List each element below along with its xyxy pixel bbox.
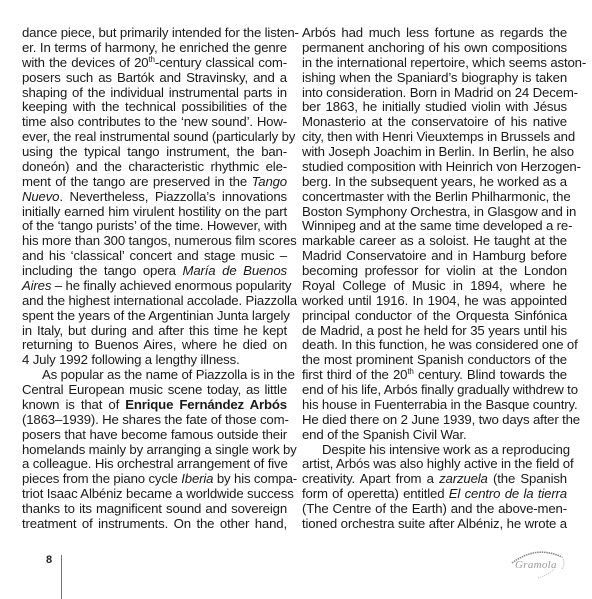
italic-text: El centro de la tierra: [449, 486, 567, 501]
text-line: (1863–1939). He shares the fate of those…: [22, 413, 287, 428]
text-line: his more than 300 tangos, numerous film …: [22, 234, 287, 249]
text-line: including the tango opera María de Bueno…: [22, 264, 287, 279]
text-line: thanks to its magnificent sound and sove…: [22, 502, 287, 517]
text-line: posers such as Bartók and Stravinsky, an…: [22, 71, 287, 86]
text-line: returning to Buenos Aires, where he died…: [22, 338, 287, 353]
text-line: first third of the 20th century. Blind t…: [302, 368, 567, 383]
text-line: with the devices of 20th-century classic…: [22, 56, 287, 71]
text-segment: and his ‘classical’ concert and stage mu…: [22, 248, 287, 263]
text-line: treatment of instruments. On the other h…: [22, 517, 287, 532]
text-line: Aires – he finally achieved enormous pop…: [22, 279, 287, 294]
text-segment: a colleague. His orchestral arrangement …: [22, 456, 288, 471]
text-segment: (1863–1939). He shares the fate of those…: [22, 412, 289, 427]
text-line: ever, the real instrumental sound (parti…: [22, 130, 287, 145]
text-line: de Madrid, a post he held for 35 years u…: [302, 324, 567, 339]
text-segment: Royal College of Music in 1894, where he: [302, 278, 567, 293]
text-line: creativity. Apart from a zarzuela (the S…: [302, 472, 567, 487]
text-line: ber 1863, he initially studied violin wi…: [302, 100, 567, 115]
text-line: spent the years of the Argentinian Junta…: [22, 309, 287, 324]
text-segment: creativity. Apart from a: [302, 471, 439, 486]
text-line: triot Isaac Albéniz became a worldwide s…: [22, 487, 287, 502]
text-line: of the ‘tango purists’ of the time. Howe…: [22, 219, 287, 234]
bold-text: Enrique Fernández Arbós: [125, 397, 287, 412]
text-line: keeping with the technical possibilities…: [22, 100, 287, 115]
text-segment: in Italy, but during and after this time…: [22, 323, 287, 338]
text-segment: returning to Buenos Aires, where he died…: [22, 337, 287, 352]
text-segment: Winnipeg and at the same time developed …: [302, 218, 572, 233]
italic-text: Aires: [22, 278, 51, 293]
text-segment: posers that have become famous outside t…: [22, 427, 287, 442]
text-line: markable career as a soloist. He taught …: [302, 234, 567, 249]
text-line: his house in Fuenterrabia in the Basque …: [302, 398, 567, 413]
text-line: using the typical tango instrument, the …: [22, 145, 287, 160]
text-segment: berg. In the subsequent years, he worked…: [302, 174, 567, 189]
text-segment: with Joseph Joachim in Berlin. In Berlin…: [302, 144, 574, 159]
text-segment: form of operetta) entitled: [302, 486, 449, 501]
text-segment: treatment of instruments. On the other h…: [22, 516, 287, 531]
text-segment: becoming professor for violin at the Lon…: [302, 263, 567, 278]
text-line: in Italy, but during and after this time…: [22, 324, 287, 339]
text-segment: the most prominent Spanish conductors of…: [302, 352, 567, 367]
text-segment: end of his life, Arbós finally gradually…: [302, 382, 578, 397]
italic-text: Iberia: [181, 471, 213, 486]
text-segment: ever, the real instrumental sound (parti…: [22, 129, 295, 144]
text-line: Arbós had much less fortune as regards t…: [302, 26, 567, 41]
text-line: end of the Spanish Civil War.: [302, 428, 567, 443]
text-line: shaping of the individual instrumental p…: [22, 86, 287, 101]
text-segment: studied composition with Heinrich von He…: [302, 159, 581, 174]
text-line: tioned orchestra suite after Albéniz, he…: [302, 517, 567, 532]
text-segment: ber 1863, he initially studied violin wi…: [302, 99, 567, 114]
text-segment: dance piece, but primarily intended for …: [22, 25, 299, 40]
italic-text: María de Buenos: [183, 263, 288, 278]
text-segment: artist, Arbós was also highly active in …: [302, 456, 573, 471]
page-number: 8: [46, 554, 52, 566]
text-segment: markable career as a soloist. He taught …: [302, 233, 567, 248]
text-line: pieces from the piano cycle Iberia by hi…: [22, 472, 287, 487]
text-segment: ishing when the Spaniard’s biography is …: [302, 70, 567, 85]
text-line: and the highest international accolade. …: [22, 294, 287, 309]
text-line: posers that have become famous outside t…: [22, 428, 287, 443]
text-line: Winnipeg and at the same time developed …: [302, 219, 567, 234]
text-segment: into consideration. Born in Madrid on 24…: [302, 85, 578, 100]
text-line: city, then with Henri Vieuxtemps in Brus…: [302, 130, 567, 145]
text-segment: posers such as Bartók and Stravinsky, an…: [22, 70, 287, 85]
text-line: with Joseph Joachim in Berlin. In Berlin…: [302, 145, 567, 160]
text-line: into consideration. Born in Madrid on 24…: [302, 86, 567, 101]
text-segment: de Madrid, a post he held for 35 years u…: [302, 323, 567, 338]
text-segment: Monasterio at the conservatoire of his n…: [302, 114, 567, 129]
text-segment: by his compa-: [213, 471, 297, 486]
text-line: (The Centre of the Earth) and the above-…: [302, 502, 567, 517]
italic-text: zarzuela: [439, 471, 488, 486]
text-segment: time also contributes to the ‘new sound’…: [22, 114, 287, 129]
text-line: end of his life, Arbós finally gradually…: [302, 383, 567, 398]
text-line: Despite his intensive work as a reproduc…: [302, 443, 567, 458]
gramola-logo-text: Gramola: [515, 559, 557, 571]
text-segment: and the highest international accolade. …: [22, 293, 297, 308]
text-line: form of operetta) entitled El centro de …: [302, 487, 567, 502]
text-segment: tioned orchestra suite after Albéniz, he…: [302, 516, 567, 531]
text-line: studied composition with Heinrich von He…: [302, 160, 567, 175]
text-segment: first third of the 20: [302, 367, 407, 382]
text-segment: shaping of the individual instrumental p…: [22, 85, 287, 100]
text-line: Boston Symphony Orchestra, in Glasgow an…: [302, 205, 567, 220]
text-line: ishing when the Spaniard’s biography is …: [302, 71, 567, 86]
text-segment: keeping with the technical possibilities…: [22, 99, 287, 114]
text-segment: (the Spanish: [488, 471, 567, 486]
text-segment: -century classical com-: [155, 55, 287, 70]
gramola-logo: Gramola: [508, 547, 568, 583]
page-number-rule: [61, 555, 62, 599]
text-segment: worked until 1916. In 1904, he was appoi…: [302, 293, 567, 308]
text-line: Nuevo. Nevertheless, Piazzolla’s innovat…: [22, 190, 287, 205]
text-line: principal conductor of the Orquesta Sinf…: [302, 309, 567, 324]
text-segment: city, then with Henri Vieuxtemps in Brus…: [302, 129, 575, 144]
text-segment: principal conductor of the Orquesta Sinf…: [302, 308, 567, 323]
text-line: worked until 1916. In 1904, he was appoi…: [302, 294, 567, 309]
text-segment: permanent anchoring of his own compositi…: [302, 40, 567, 55]
text-line: Monasterio at the conservatoire of his n…: [302, 115, 567, 130]
italic-text: Nuevo: [22, 189, 59, 204]
text-segment: using the typical tango instrument, the …: [22, 144, 287, 159]
text-line: a colleague. His orchestral arrangement …: [22, 457, 287, 472]
text-segment: (The Centre of the Earth) and the above-…: [302, 501, 567, 516]
text-line: homelands mainly by arranging a single w…: [22, 443, 287, 458]
text-segment: known is that of: [22, 397, 125, 412]
text-line: Royal College of Music in 1894, where he: [302, 279, 567, 294]
text-line: He died there on 2 June 1939, two days a…: [302, 413, 567, 428]
text-line: 4 July 1992 following a lengthy illness.: [22, 353, 287, 368]
text-segment: end of the Spanish Civil War.: [302, 427, 467, 442]
text-line: the most prominent Spanish conductors of…: [302, 353, 567, 368]
right-text-column: Arbós had much less fortune as regards t…: [302, 26, 567, 532]
text-segment: Arbós had much less fortune as regards t…: [302, 25, 567, 40]
text-segment: Madrid Conservatoire and in Hamburg befo…: [302, 248, 567, 263]
text-segment: concertmaster with the Berlin Philharmon…: [302, 189, 571, 204]
text-segment: Boston Symphony Orchestra, in Glasgow an…: [302, 204, 576, 219]
text-segment: including the tango opera: [22, 263, 183, 278]
text-segment: thanks to its magnificent sound and sove…: [22, 501, 287, 516]
text-line: initially earned him virulent hostility …: [22, 205, 287, 220]
text-line: Madrid Conservatoire and in Hamburg befo…: [302, 249, 567, 264]
italic-text: Tango: [252, 174, 287, 189]
text-segment: death. In this function, he was consider…: [302, 337, 578, 352]
text-segment: He died there on 2 June 1939, two days a…: [302, 412, 580, 427]
text-segment: initially earned him virulent hostility …: [22, 204, 287, 219]
text-line: Central European music scene today, as l…: [22, 383, 287, 398]
text-segment: . Nevertheless, Piazzolla’s innovations: [59, 189, 287, 204]
text-segment: pieces from the piano cycle: [22, 471, 181, 486]
text-line: in the international repertoire, which s…: [302, 56, 567, 71]
text-segment: Despite his intensive work as a reproduc…: [322, 442, 570, 457]
text-line: permanent anchoring of his own compositi…: [302, 41, 567, 56]
text-segment: of the ‘tango purists’ of the time. Howe…: [22, 218, 287, 233]
text-line: dance piece, but primarily intended for …: [22, 26, 287, 41]
text-line: er. In terms of harmony, he enriched the…: [22, 41, 287, 56]
text-segment: century. Blind towards the: [414, 367, 567, 382]
text-segment: – he finally achieved enormous popularit…: [51, 278, 291, 293]
text-line: death. In this function, he was consider…: [302, 338, 567, 353]
text-line: berg. In the subsequent years, he worked…: [302, 175, 567, 190]
text-segment: his house in Fuenterrabia in the Basque …: [302, 397, 578, 412]
text-line: becoming professor for violin at the Lon…: [302, 264, 567, 279]
text-segment: As popular as the name of Piazzolla is i…: [42, 367, 295, 382]
text-line: and his ‘classical’ concert and stage mu…: [22, 249, 287, 264]
text-segment: Central European music scene today, as l…: [22, 382, 287, 397]
text-line: concertmaster with the Berlin Philharmon…: [302, 190, 567, 205]
text-line: time also contributes to the ‘new sound’…: [22, 115, 287, 130]
text-line: artist, Arbós was also highly active in …: [302, 457, 567, 472]
text-segment: spent the years of the Argentinian Junta…: [22, 308, 290, 323]
text-line: known is that of Enrique Fernández Arbós: [22, 398, 287, 413]
text-line: As popular as the name of Piazzolla is i…: [22, 368, 287, 383]
text-segment: with the devices of 20: [22, 55, 148, 70]
text-segment: ment of the tango are preserved in the: [22, 174, 252, 189]
text-line: doneón) and the characteristic rhythmic …: [22, 160, 287, 175]
text-segment: triot Isaac Albéniz became a worldwide s…: [22, 486, 294, 501]
text-segment: in the international repertoire, which s…: [302, 55, 586, 70]
text-segment: doneón) and the characteristic rhythmic …: [22, 159, 287, 174]
text-line: ment of the tango are preserved in the T…: [22, 175, 287, 190]
text-segment: er. In terms of harmony, he enriched the…: [22, 40, 287, 55]
text-segment: homelands mainly by arranging a single w…: [22, 442, 297, 457]
text-segment: 4 July 1992 following a lengthy illness.: [22, 352, 240, 367]
text-segment: his more than 300 tangos, numerous film …: [22, 233, 297, 248]
left-text-column: dance piece, but primarily intended for …: [22, 26, 287, 532]
